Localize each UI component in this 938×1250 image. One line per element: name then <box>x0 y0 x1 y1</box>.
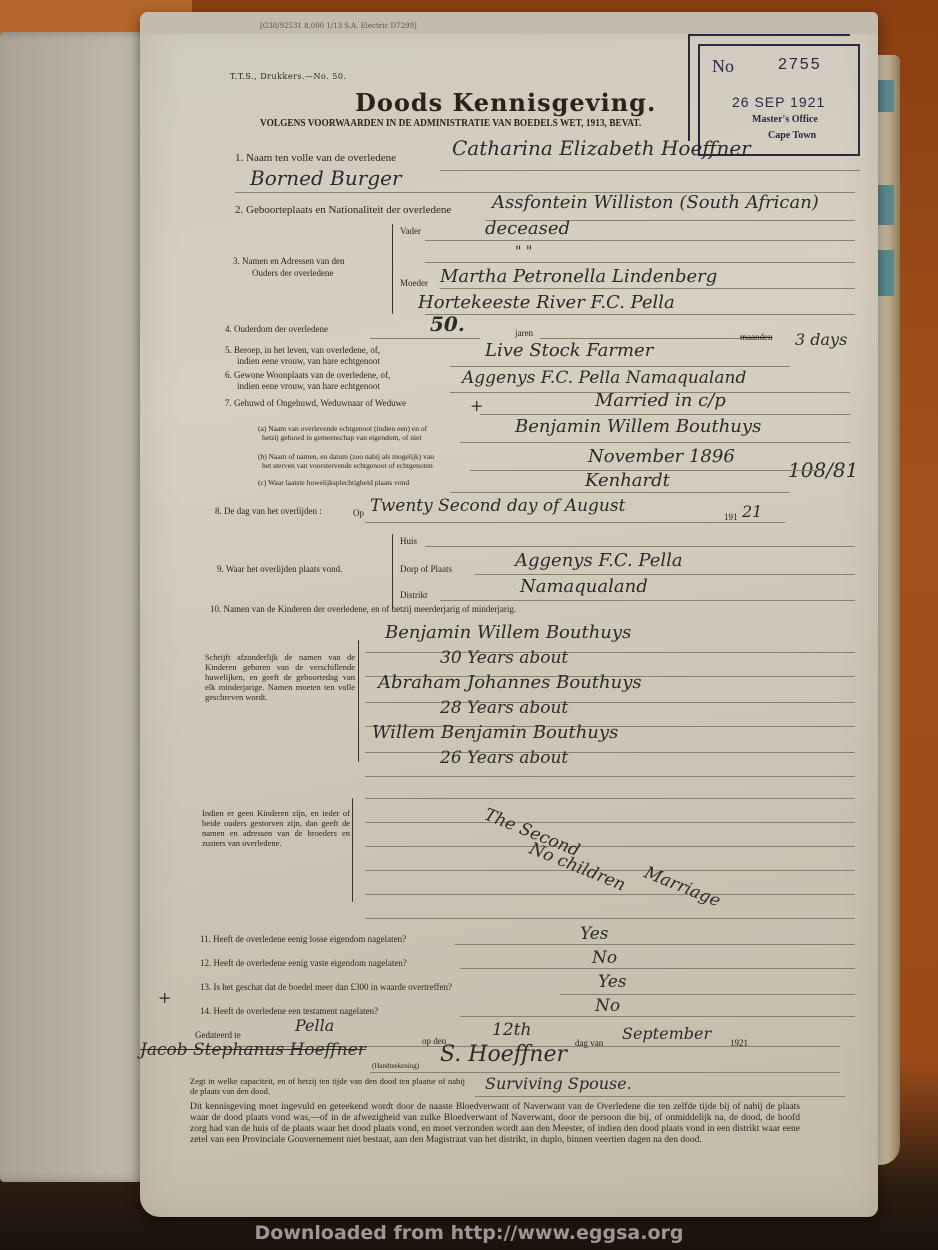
rule <box>365 894 855 895</box>
predeceased-spouse-value: November 1896 <box>588 446 735 467</box>
child-2-age: 28 Years about <box>440 698 568 718</box>
rule <box>480 414 850 415</box>
signature-value: S. Hoeffner <box>440 1042 567 1067</box>
last-marriage-place-value: Kenhardt <box>585 470 670 491</box>
rule <box>475 574 855 575</box>
rule <box>425 240 855 241</box>
maanden-label: maanden <box>740 332 772 342</box>
field-3-label-2: Ouders der overledene <box>252 268 333 278</box>
form-title: Doods Kennisgeving. <box>355 88 656 117</box>
page-top-strip <box>140 12 878 34</box>
distrikt-label: Distrikt <box>400 590 428 600</box>
dated-day: 12th <box>492 1020 531 1040</box>
rule <box>560 994 855 995</box>
age-extra: 3 days <box>795 330 847 349</box>
stamp-no-label: No <box>712 56 734 77</box>
brace <box>392 534 393 610</box>
dated-month: September <box>622 1024 711 1043</box>
rule <box>365 918 855 919</box>
deceased-name: Catharina Elizabeth Hoeffner <box>452 136 751 160</box>
field-7c-label: (c) Waar laatste huwelijksplechtigheid p… <box>258 478 409 487</box>
field-5-label: 5. Beroep, in het leven, van overledene,… <box>225 345 380 355</box>
rule <box>365 752 855 753</box>
rule <box>365 798 855 799</box>
question-14-answer: No <box>595 996 620 1016</box>
birthplace-nationality: Assfontein Williston (South African) <box>492 192 819 213</box>
field-3-label: 3. Namen en Adressen van den <box>233 256 344 266</box>
rule <box>365 522 785 523</box>
dorp-label: Dorp of Plaats <box>400 564 452 574</box>
child-2-name: Abraham Johannes Bouthuys <box>378 672 642 693</box>
rule <box>365 702 855 703</box>
rule <box>460 442 850 443</box>
form-subtitle: VOLGENS VOORWAARDEN IN DE ADMINISTRATIE … <box>260 117 641 129</box>
field-7b-label-2: het sterven van voorstervende echtgenoot… <box>262 461 433 470</box>
brace <box>358 640 359 762</box>
footer-instructions: Dit kennisgeving moet ingevuld en geteek… <box>190 1102 800 1146</box>
ditto-mark: " " <box>515 244 532 260</box>
capacity-label: Zegt in welke capaciteit, en of hetzij t… <box>190 1076 465 1096</box>
vader-value: deceased <box>485 218 570 239</box>
date-of-death-value: Twenty Second day of August <box>370 496 625 516</box>
rule <box>365 652 855 653</box>
field-5-label-2: indien eene vrouw, van hare echtgenoot <box>237 356 380 366</box>
rule <box>425 262 855 263</box>
question-13-label: 13. Is het geschat dat de boedel meer da… <box>200 982 452 992</box>
vader-label: Vader <box>400 226 421 236</box>
year-suffix: 21 <box>742 502 762 521</box>
child-3-name: Willem Benjamin Bouthuys <box>372 722 618 743</box>
field-10-label: 10. Namen van de Kinderen der overledene… <box>210 604 516 614</box>
brace <box>392 224 393 314</box>
rule <box>370 1072 840 1073</box>
field-1-label: 1. Naam ten volle van de overledene <box>235 152 396 164</box>
field-6-label: 6. Gewone Woonplaats van de overledene, … <box>225 370 390 380</box>
rule <box>450 366 790 367</box>
year-prefix: 191 <box>724 512 738 522</box>
moeder-label: Moeder <box>400 278 428 288</box>
rule <box>365 776 855 777</box>
field-2-label: 2. Geboorteplaats en Nationaliteit der o… <box>235 204 451 216</box>
question-12-answer: No <box>592 948 617 968</box>
rule <box>540 338 740 339</box>
rule <box>475 1096 845 1097</box>
field-7-label: 7. Gehuwd of Ongehuwd, Weduwnaar of Wedu… <box>225 398 406 408</box>
child-3-age: 26 Years about <box>440 748 568 768</box>
form-number: T.T.S., Drukkers.—No. 50. <box>230 72 347 81</box>
distrikt-value: Namaqualand <box>520 576 648 597</box>
question-14-label: 14. Heeft de overledene een testament na… <box>200 1006 378 1016</box>
stamp-town: Cape Town <box>768 130 816 141</box>
stamp-number: 2755 <box>778 56 822 74</box>
rule <box>425 546 855 547</box>
age-value: 50. <box>430 312 465 336</box>
field-6-label-2: indien eene vrouw, van hare echtgenoot <box>237 381 380 391</box>
rule <box>425 314 855 315</box>
children-instructions: Schrijft afzonderlijk de namen van de Ki… <box>205 652 355 702</box>
rule <box>365 846 855 847</box>
stamp-office: Master's Office <box>752 114 818 125</box>
printer-line: [G38/92531 8,000 1/13 S.A. Electric D729… <box>260 22 417 30</box>
child-1-name: Benjamin Willem Bouthuys <box>385 622 631 643</box>
signature-label: (Handteekening) <box>372 1062 419 1070</box>
question-11-label: 11. Heeft de overledene eenig losse eige… <box>200 934 406 944</box>
marital-status-value: Married in c/p <box>595 390 726 411</box>
watermark: Downloaded from http://www.eggsa.org <box>0 1222 938 1244</box>
margin-mark: + <box>470 396 483 415</box>
field-7a-label: (a) Naam van overlevende echtgenoot (ind… <box>258 424 427 433</box>
field-9-label: 9. Waar het overlijden plaats vond. <box>217 564 342 574</box>
rule <box>455 944 855 945</box>
rule <box>440 170 860 171</box>
dorp-value: Aggenys F.C. Pella <box>515 550 683 571</box>
jaren-label: jaren <box>515 328 533 338</box>
question-13-answer: Yes <box>598 972 627 992</box>
death-notice-form: [G38/92531 8,000 1/13 S.A. Electric D729… <box>140 12 878 1217</box>
field-4-label: 4. Ouderdom der overledene <box>225 324 328 334</box>
rule <box>440 288 855 289</box>
margin-cross: + <box>158 988 171 1007</box>
struck-signature: Jacob Stephanus Hoeffner <box>140 1040 366 1060</box>
question-12-label: 12. Heeft de overledene eenig vaste eige… <box>200 958 407 968</box>
deceased-name-cont: Borned Burger <box>250 166 402 190</box>
rule <box>460 1016 855 1017</box>
huis-label: Huis <box>400 536 417 546</box>
field-8-label: 8. De dag van het overlijden : <box>215 506 322 516</box>
no-children-instructions: Indien er geen Kinderen zijn, en ieder o… <box>202 808 350 848</box>
moeder-value: Martha Petronella Lindenberg <box>440 266 717 287</box>
field-7a-label-2: hetzij gehuwd in gemeenschap van eigendo… <box>262 433 422 442</box>
field-8-prefix: Op <box>353 508 364 518</box>
capacity-value: Surviving Spouse. <box>485 1074 632 1093</box>
occupation-value: Live Stock Farmer <box>485 340 653 361</box>
dated-label: Gedateerd te <box>195 1030 241 1040</box>
brace <box>352 798 353 902</box>
rule <box>370 338 480 339</box>
field-7b-label: (b) Naam of namen, en datum (zoo nabij a… <box>258 452 434 461</box>
child-1-age: 30 Years about <box>440 648 568 668</box>
question-11-answer: Yes <box>580 924 609 944</box>
rule <box>365 822 855 823</box>
moeder-address: Hortekeeste River F.C. Pella <box>418 292 675 313</box>
rule <box>440 600 855 601</box>
residence-value: Aggenys F.C. Pella Namaqualand <box>462 368 746 388</box>
stamp-date: 26 SEP 1921 <box>732 94 825 110</box>
rule <box>450 492 790 493</box>
rule <box>460 968 855 969</box>
dated-place: Pella <box>295 1016 334 1035</box>
surviving-spouse-value: Benjamin Willem Bouthuys <box>515 416 761 437</box>
